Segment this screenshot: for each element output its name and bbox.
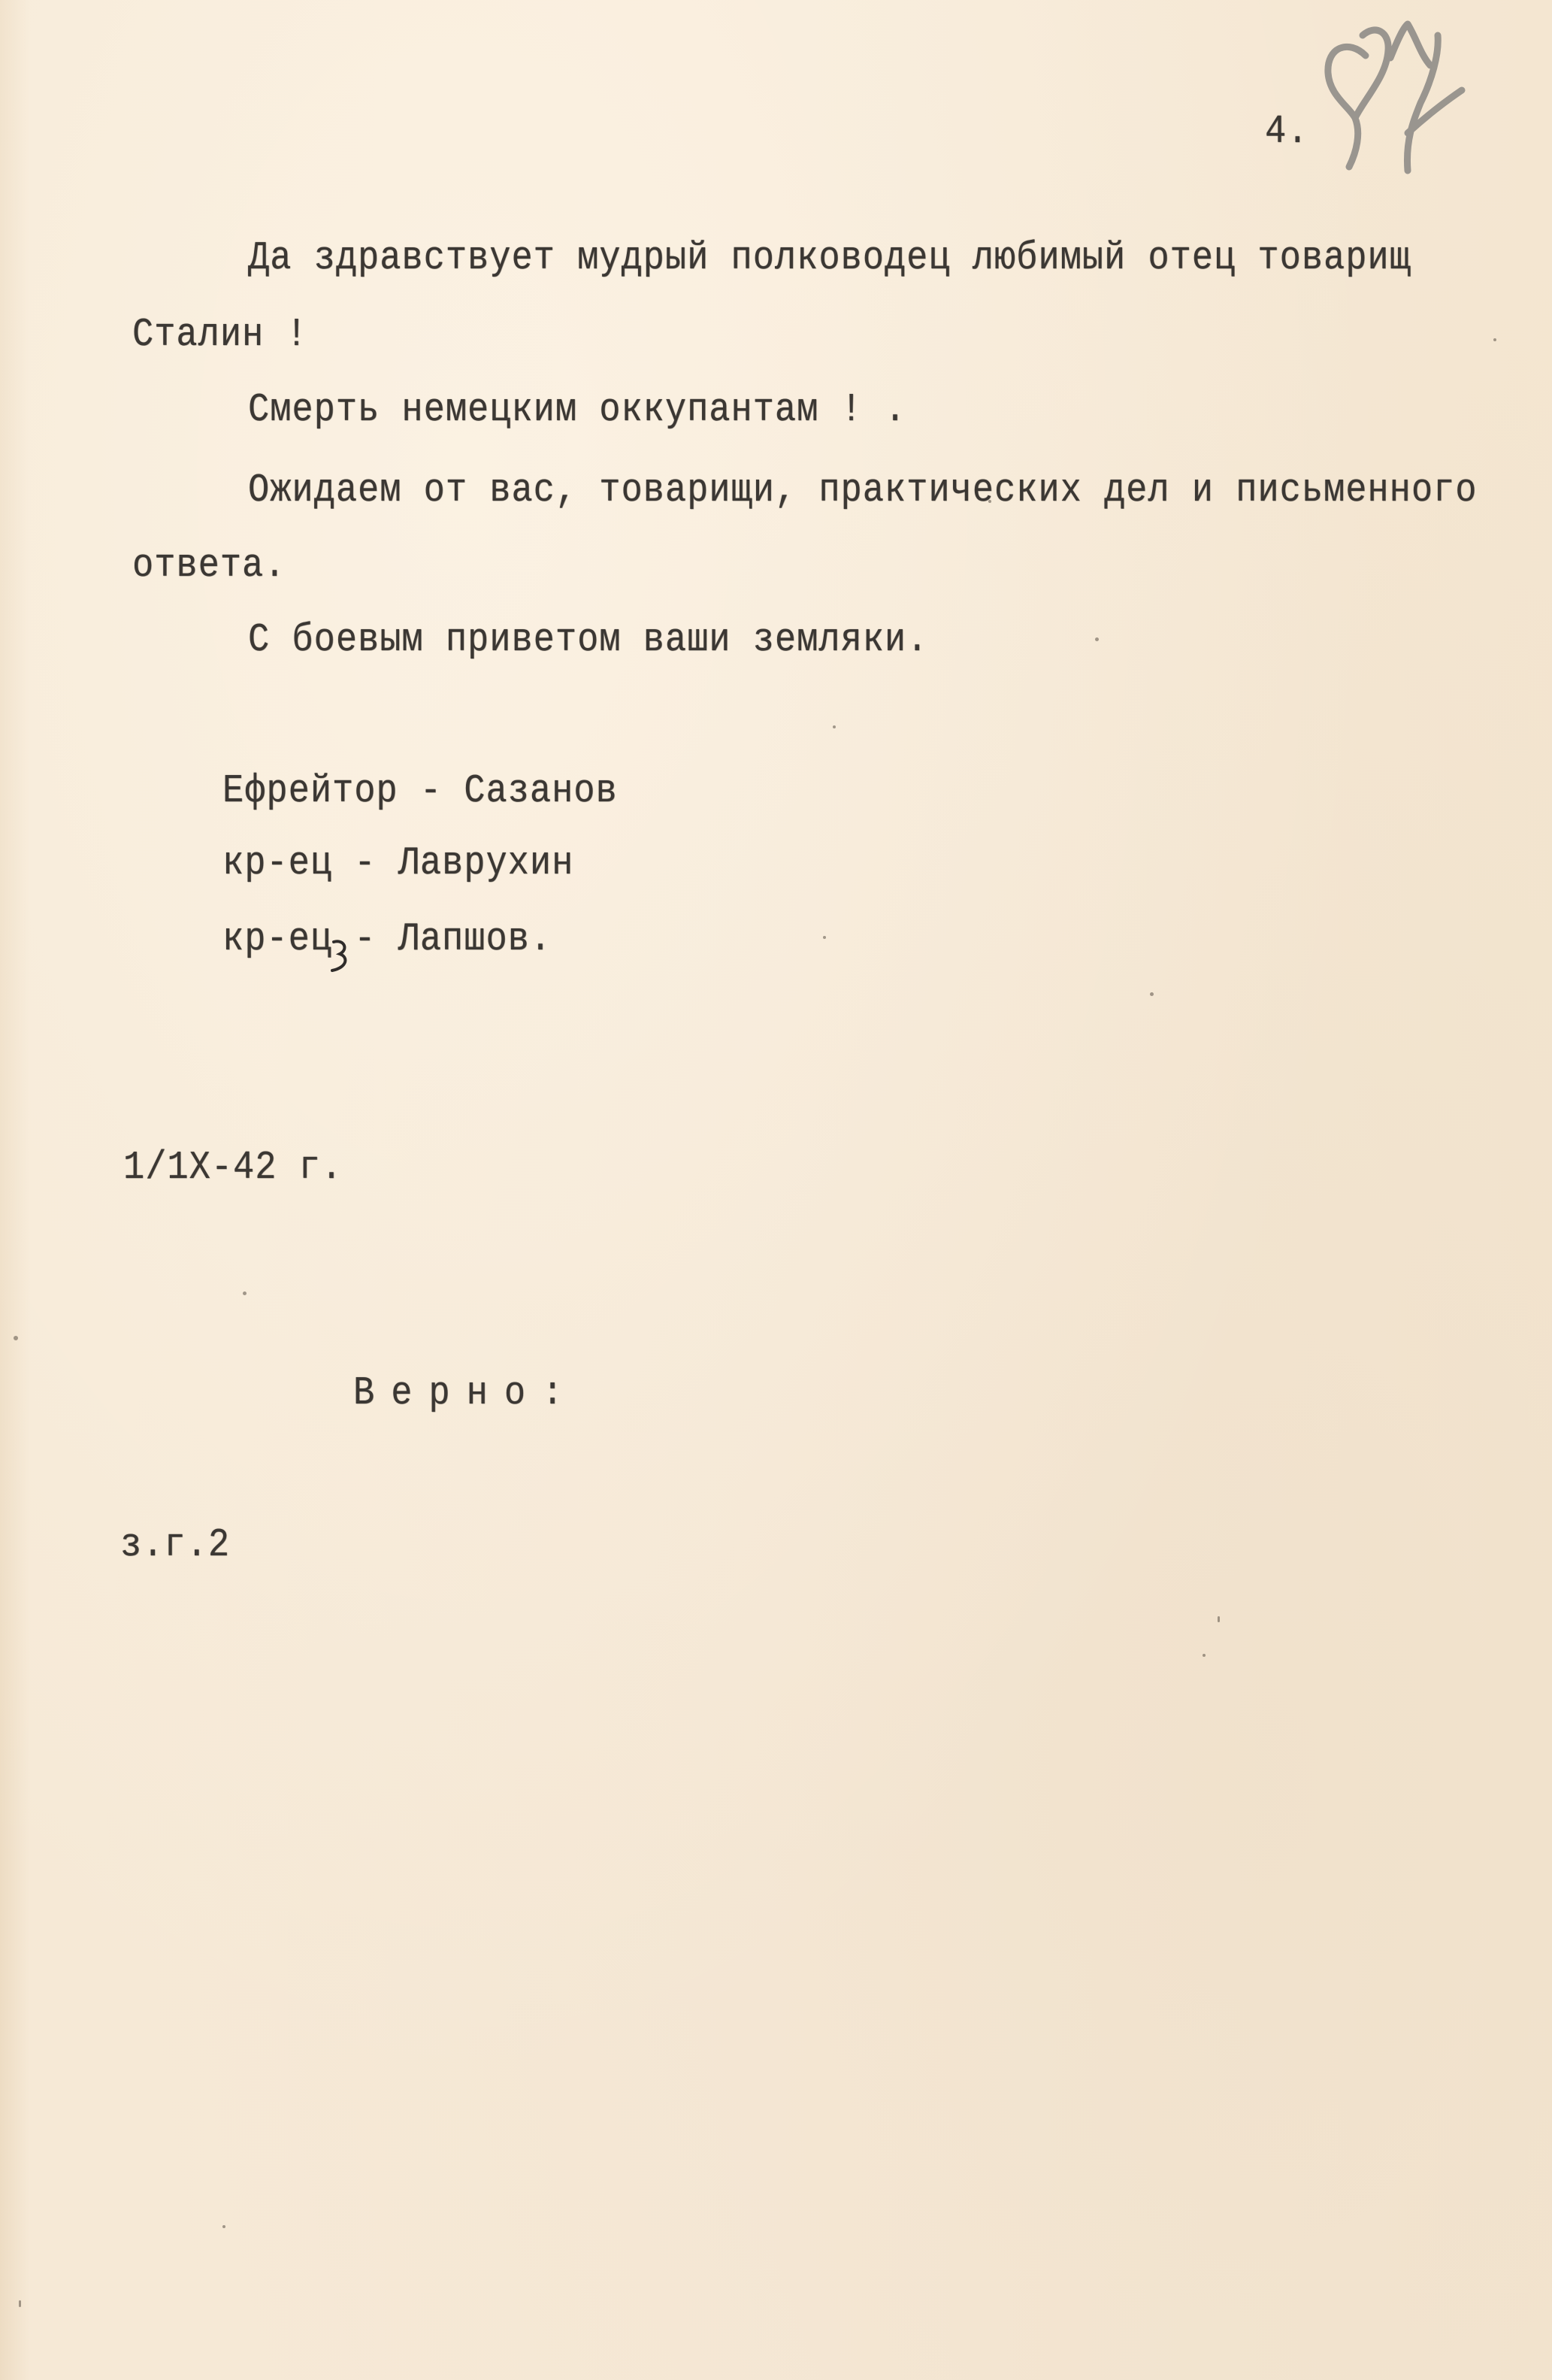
body-line: Ожидаем от вас, товарищи, практических д… [248, 471, 1477, 511]
page-number: 4. [1265, 113, 1308, 153]
body-line: ответа. [132, 547, 286, 586]
handwritten-correction-mark [329, 936, 352, 973]
paper-speck [1203, 1654, 1206, 1657]
certification-label: Верно: [353, 1374, 579, 1414]
paper-speck [833, 725, 836, 728]
signatory-line: кр-ец - Лаврухин [222, 844, 573, 884]
document-page: 4. 87 Да здравствует мудрый полководец л… [0, 0, 1552, 2380]
paper-speck [222, 2225, 225, 2228]
body-line: Да здравствует мудрый полководец любимый… [248, 239, 1411, 279]
reference-code: з.г.2 [120, 1526, 230, 1566]
paper-speck [1218, 1616, 1220, 1622]
handwritten-folio-number: 87 [1319, 9, 1492, 189]
signatory-line: кр-ец - Лапшов. [222, 920, 552, 960]
paper-speck [1150, 992, 1154, 996]
paper-speck [988, 500, 991, 503]
paper-speck [14, 1336, 18, 1340]
body-line: Сталин ! [132, 316, 308, 356]
paper-speck [19, 2300, 21, 2307]
document-date: 1/1X-42 г. [123, 1149, 343, 1188]
paper-speck [823, 936, 826, 939]
paper-speck [1493, 338, 1496, 341]
paper-speck [1095, 637, 1099, 641]
paper-speck [243, 1291, 247, 1295]
body-line: Смерть немецким оккупантам ! . [248, 391, 906, 431]
signatory-line: Ефрейтор - Сазанов [222, 772, 618, 812]
closing-line: С боевым приветом ваши земляки. [248, 621, 928, 661]
